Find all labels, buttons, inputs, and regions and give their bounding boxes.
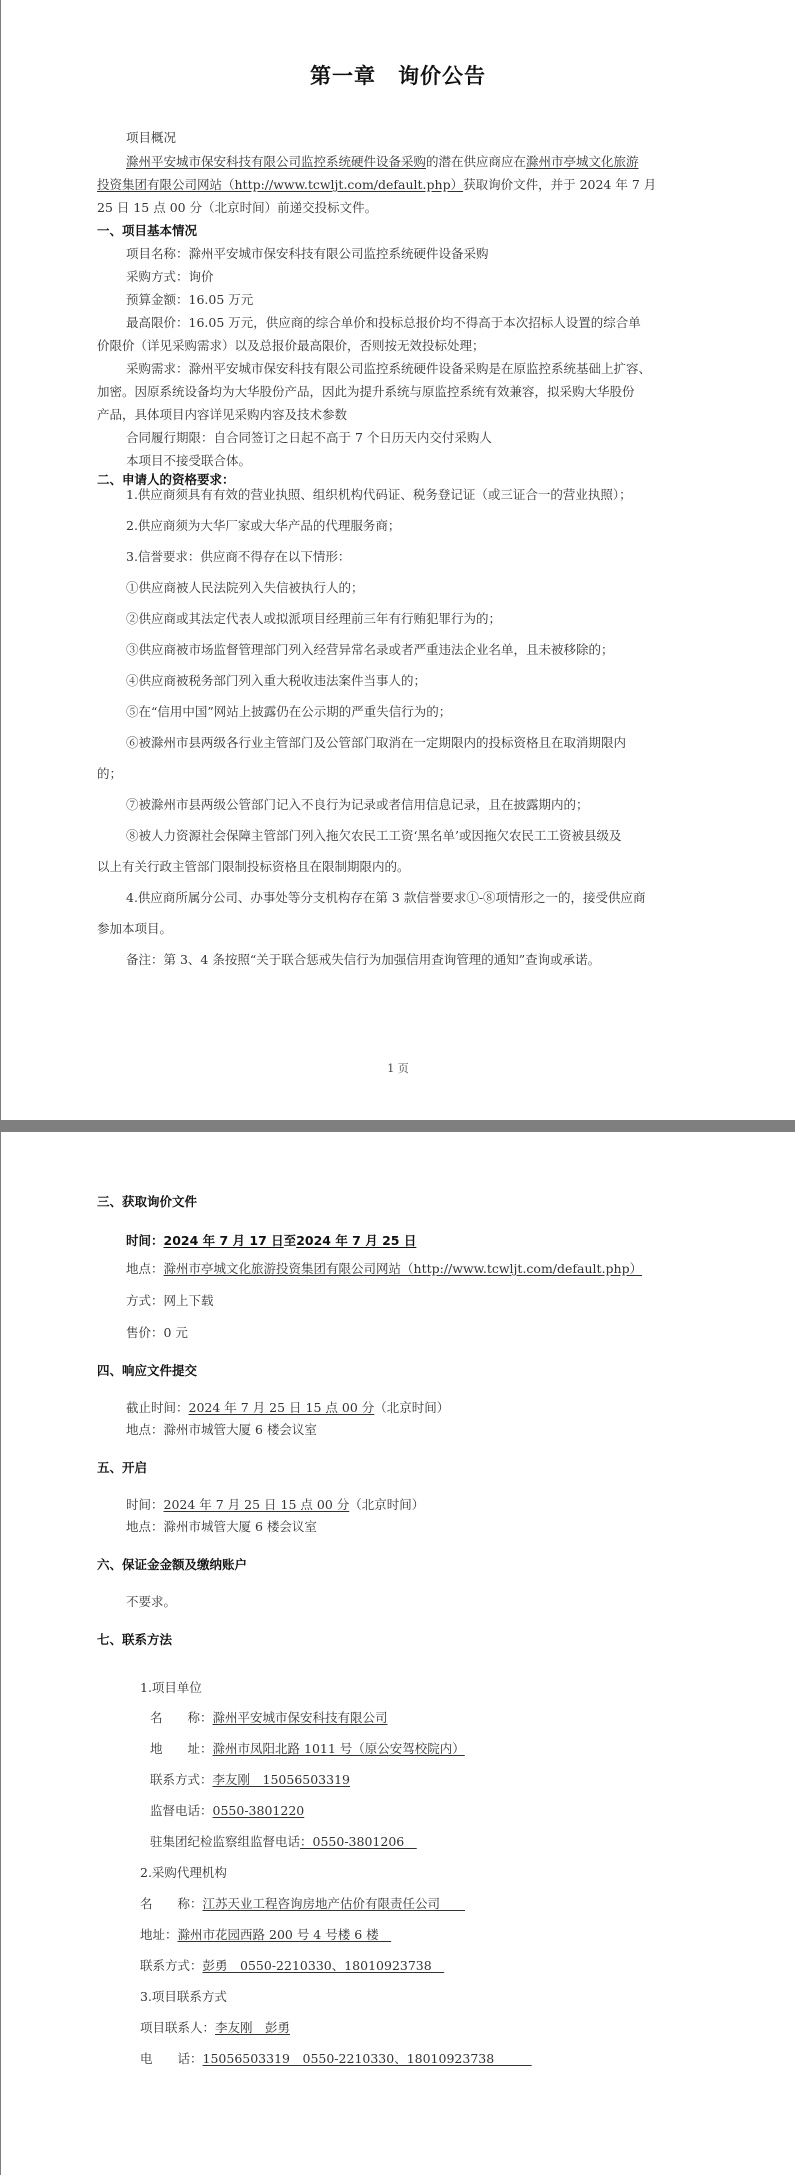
max-price-line-1: 最高限价：16.05 万元，供应商的综合单价和投标总报价均不得高于本次招标人设置… — [126, 313, 641, 331]
qualification-item: ②供应商或其法定代表人或拟派项目经理前三年有行贿犯罪行为的； — [126, 609, 501, 627]
page-number: 1 页 — [1, 1060, 795, 1076]
overview-line-1: 滁州平安城市保安科技有限公司监控系统硬件设备采购的潜在供应商应在滁州市亭城文化旅… — [126, 152, 639, 170]
section-7-heading: 七、联系方法 — [97, 1630, 172, 1648]
obtain-method: 方式：网上下载 — [126, 1291, 214, 1309]
qualification-item: ④供应商被税务部门列入重大税收违法案件当事人的； — [126, 671, 426, 689]
deposit-text: 不要求。 — [126, 1592, 176, 1610]
project-contact-phone: 电 话：15056503319 0550-2210330、18010923738 — [140, 2049, 532, 2067]
remark: 备注：第 3、4 条按照“关于联合惩戒失信行为加强信用查询管理的通知”查询或承诺… — [126, 950, 600, 968]
page-title: 第一章 询价公告 — [1, 60, 795, 90]
unit-address: 地 址：滁州市凤阳北路 1011 号（原公安驾校院内） — [150, 1739, 465, 1757]
unit-contact: 联系方式：李友刚 15056503319 — [150, 1770, 350, 1788]
overview-line-3: 25 日 15 点 00 分（北京时间）前递交投标文件。 — [97, 198, 377, 216]
demand-line-3: 产品，具体项目内容详见采购内容及技术参数 — [97, 405, 347, 423]
agency-name: 名 称：江苏天业工程咨询房地产估价有限责任公司 — [140, 1894, 465, 1912]
section-6-heading: 六、保证金金额及缴纳账户 — [97, 1555, 247, 1573]
unit-name: 名 称：滁州平安城市保安科技有限公司 — [150, 1708, 388, 1726]
unit-heading: 1.项目单位 — [140, 1678, 202, 1696]
project-contact-person: 项目联系人：李友刚 彭勇 — [140, 2018, 290, 2036]
agency-address: 地址：滁州市花园西路 200 号 4 号楼 6 楼 — [140, 1925, 391, 1943]
contract-period: 合同履行期限：自合同签订之日起不高于 7 个日历天内交付采购人 — [126, 428, 492, 446]
section-5-heading: 五、开启 — [97, 1458, 147, 1476]
document-page-1: 第一章 询价公告 项目概况 滁州平安城市保安科技有限公司监控系统硬件设备采购的潜… — [0, 0, 795, 1120]
obtain-place-link: 滁州市亭城文化旅游投资集团有限公司网站（http://www.tcwljt.co… — [164, 1261, 643, 1276]
max-price-line-2: 价限价（详见采购需求）以及总报价最高限价，否则按无效投标处理； — [97, 336, 485, 354]
site-link-part-2: 投资集团有限公司网站（http://www.tcwljt.com/default… — [97, 177, 463, 192]
submission-deadline: 截止时间：2024 年 7 月 25 日 15 点 00 分（北京时间） — [126, 1398, 449, 1416]
section-3-heading: 三、获取询价文件 — [97, 1192, 197, 1210]
opening-place: 地点：滁州市城管大厦 6 楼会议室 — [126, 1517, 317, 1535]
budget-amount: 预算金额：16.05 万元 — [126, 290, 253, 308]
discipline-phone: 驻集团纪检监察组监督电话：0550-3801206 — [150, 1832, 417, 1850]
document-page-2: 三、获取询价文件 时间：2024 年 7 月 17 日至2024 年 7 月 2… — [0, 1132, 795, 2175]
qualification-item: 4.供应商所属分公司、办事处等分支机构存在第 3 款信誉要求①-⑧项情形之一的，… — [126, 888, 646, 906]
agency-contact: 联系方式：彭勇 0550-2210330、18010923738 — [140, 1956, 444, 1974]
qualification-item: 以上有关行政主管部门限制投标资格且在限制期限内的。 — [97, 857, 410, 875]
section-1-heading: 一、项目基本情况 — [97, 221, 197, 239]
qualification-item: ⑥被滁州市县两级各行业主管部门及公管部门取消在一定期限内的投标资格且在取消期限内 — [126, 733, 626, 751]
qualification-item: ⑦被滁州市县两级公管部门记入不良行为记录或者信用信息记录，且在披露期内的； — [126, 795, 589, 813]
site-link-part-1: 滁州市亭城文化旅游 — [526, 154, 639, 169]
page-separator — [0, 1120, 795, 1132]
demand-line-2: 加密。因原系统设备均为大华股份产品，因此为提升系统与原监控系统有效兼容，拟采购大… — [97, 382, 635, 400]
qualification-item: ⑤在“信用中国”网站上披露仍在公示期的严重失信行为的； — [126, 702, 451, 720]
qualification-item: 参加本项目。 — [97, 919, 172, 937]
project-contact-heading: 3.项目联系方式 — [140, 1987, 227, 2005]
section-4-heading: 四、响应文件提交 — [97, 1361, 197, 1379]
qualification-item: ①供应商被人民法院列入失信被执行人的； — [126, 578, 364, 596]
obtain-time: 时间：2024 年 7 月 17 日至2024 年 7 月 25 日 — [126, 1231, 416, 1249]
project-name: 项目名称：滁州平安城市保安科技有限公司监控系统硬件设备采购 — [126, 244, 489, 262]
qualification-item: 1.供应商须具有有效的营业执照、组织机构代码证、税务登记证（或三证合一的营业执照… — [126, 485, 632, 503]
opening-time: 时间：2024 年 7 月 25 日 15 点 00 分（北京时间） — [126, 1495, 424, 1513]
agency-heading: 2.采购代理机构 — [140, 1863, 227, 1881]
overview-label: 项目概况 — [126, 128, 176, 146]
demand-line-1: 采购需求：滁州平安城市保安科技有限公司监控系统硬件设备采购是在原监控系统基础上扩… — [126, 359, 651, 377]
qualification-item: 的； — [97, 764, 122, 782]
obtain-place: 地点：滁州市亭城文化旅游投资集团有限公司网站（http://www.tcwljt… — [126, 1259, 642, 1277]
overview-line-2: 投资集团有限公司网站（http://www.tcwljt.com/default… — [97, 175, 656, 193]
procurement-method: 采购方式：询价 — [126, 267, 214, 285]
obtain-price: 售价：0 元 — [126, 1323, 188, 1341]
qualification-item: ⑧被人力资源社会保障主管部门列入拖欠农民工工资‘黑名单’或因拖欠农民工工资被县级… — [126, 826, 621, 844]
supervision-phone: 监督电话：0550-3801220 — [150, 1801, 304, 1819]
submission-place: 地点：滁州市城管大厦 6 楼会议室 — [126, 1420, 317, 1438]
qualification-item: 2.供应商须为大华厂家或大华产品的代理服务商； — [126, 516, 400, 534]
project-name-link: 滁州平安城市保安科技有限公司监控系统硬件设备采购 — [126, 154, 426, 169]
no-consortium: 本项目不接受联合体。 — [126, 451, 251, 469]
qualification-item: 3.信誉要求：供应商不得存在以下情形： — [126, 547, 350, 565]
qualification-item: ③供应商被市场监督管理部门列入经营异常名录或者严重违法企业名单，且未被移除的； — [126, 640, 614, 658]
